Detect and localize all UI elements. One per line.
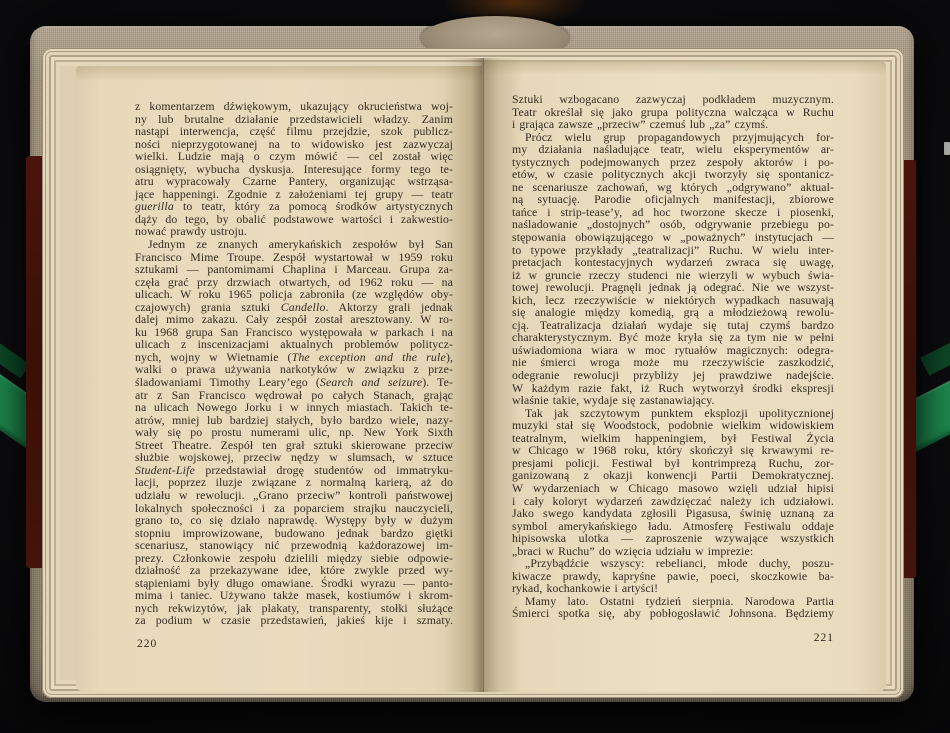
text-line: rykad, kochankowie i artyści! <box>512 582 834 595</box>
text-line: Sztuki wzbogacano zazwyczaj podkładem mu… <box>512 93 834 106</box>
text-line: W wydarzeniach w Chicago masowo wzięli u… <box>512 482 834 495</box>
text-line: śladowaniami Timothy Leary’ego (Search a… <box>135 376 453 389</box>
text-line: towej rewolucji. Pragnęli jednak ją odeg… <box>512 281 834 294</box>
left-page-text: z komentarzem dźwiękowym, ukazujący okru… <box>135 100 453 627</box>
text-line: się analogie między komedią, grą a młodz… <box>512 306 834 319</box>
text-line: nastąpi interwencja, część filmu przejdz… <box>135 125 453 138</box>
right-page-text: Sztuki wzbogacano zazwyczaj podkładem mu… <box>512 93 834 620</box>
left-page-number: 220 <box>137 638 157 650</box>
text-line: hipisowska ulotka — zaproszenie wzywając… <box>512 532 834 545</box>
text-line: Jednym ze znanych amerykańskich zespołów… <box>135 238 453 251</box>
text-line: muzyki stał się Woodstock, podobnie wiel… <box>512 419 834 432</box>
text-line: na ulicach Nowego Jorku i w innych miast… <box>135 401 453 414</box>
text-line: scenariusz, stanowiący nić przewodnią ka… <box>135 539 453 552</box>
text-line: sztukami — pantomimami Chaplina i Marcea… <box>135 263 453 276</box>
text-line: Śmierci spotka się, aby pobłogosławić Jo… <box>512 607 834 620</box>
text-line: stępowania obowiązującego w „poważnych” … <box>512 231 834 244</box>
text-line: odegranie rewolucji przybliży jej prawdz… <box>512 369 834 382</box>
text-line: etów, w czasie politycznych akcji tworzy… <box>512 168 834 181</box>
text-line: udziału w rewolucji. „Grano przeciw” kon… <box>135 489 453 502</box>
text-line: wielki. Ludzie mają o czym mówić — cel z… <box>135 150 453 163</box>
text-line: za podium w czasie przedstawień, jakieś … <box>135 614 453 627</box>
text-line: z komentarzem dźwiękowym, ukazujący okru… <box>135 100 453 113</box>
text-line: pretacjach kontestacyjnych wydarzeń zwra… <box>512 256 834 269</box>
text-line: Jako swego kandydata zgłosili Pigasusa, … <box>512 507 834 520</box>
text-line: grano to, co się działo naprawdę. Występ… <box>135 514 453 527</box>
text-line: wały się po prostu numerami ulic, np. Ne… <box>135 426 453 439</box>
text-line: „Przybądźcie wszyscy: rebelianci, młode … <box>512 557 834 570</box>
text-line: i grająca zawsze „przeciw” czemuś lub „z… <box>512 118 834 131</box>
text-line: mima i taniec. Używano także masek, kost… <box>135 589 453 602</box>
text-line: działność za przekazywane idee, które zw… <box>135 564 453 577</box>
text-line: w Chicago w 1968 roku, który skończył si… <box>512 444 834 457</box>
text-line: atru wypracowały Czarne Pantery, organiz… <box>135 175 453 188</box>
right-page-number: 221 <box>512 632 834 644</box>
text-line: właśnie takie, wydaje się zastanawiający… <box>512 394 834 407</box>
text-line: my działania naśladujące teatr, wielu ek… <box>512 143 834 156</box>
open-book: z komentarzem dźwiękowym, ukazujący okru… <box>0 0 950 733</box>
text-line: dalej mimo zakazu. Cały zespół został ar… <box>135 313 453 326</box>
book-photo-scene: z komentarzem dźwiękowym, ukazujący okru… <box>0 0 950 733</box>
